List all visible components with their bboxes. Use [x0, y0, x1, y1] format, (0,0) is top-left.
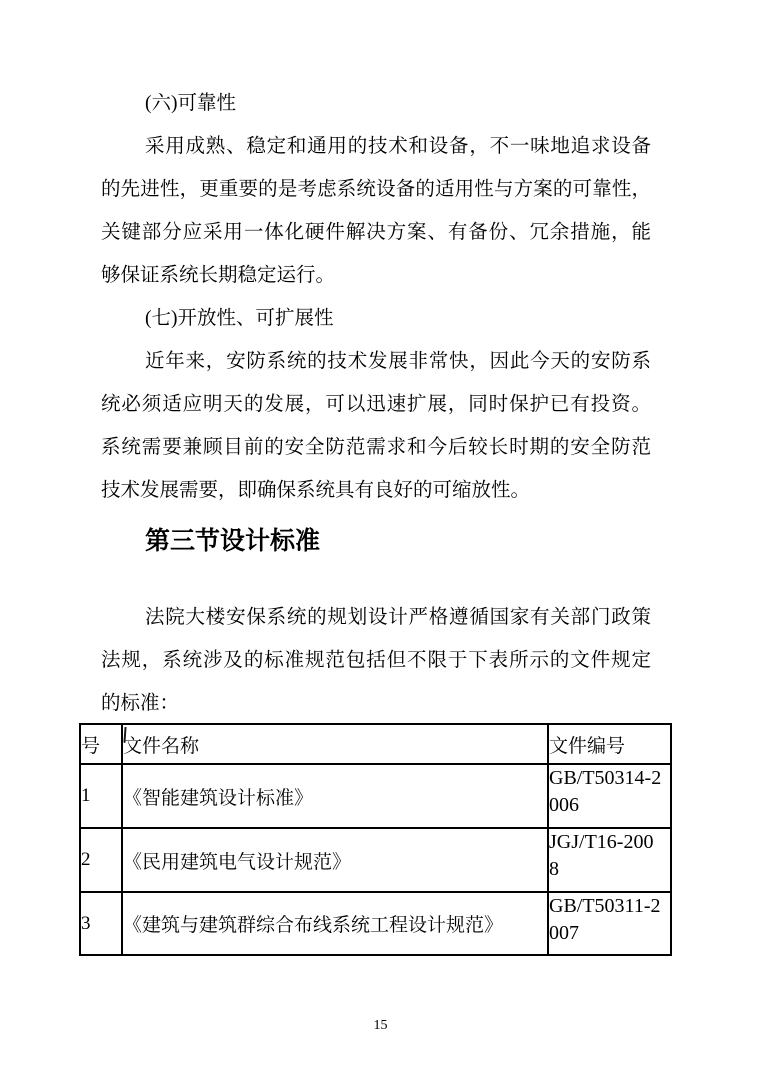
column-header-no: 号 — [80, 724, 122, 764]
paragraph: 近年来，安防系统的技术发展非常快，因此今天的安防系统必须适应明天的发展，可以迅速… — [101, 340, 651, 512]
standard-code-text: GB/T50314-2006 — [549, 765, 662, 819]
paragraph-line: 的标准： — [101, 682, 651, 725]
paragraph-line: 统必须适应明天的发展，可以迅速扩展，同时保护已有投资。 — [101, 383, 651, 426]
standards-table-head: 号文件名称文件编号 — [80, 724, 671, 764]
clause-heading: (六)可靠性 — [101, 82, 651, 125]
page-number: 15 — [0, 1018, 761, 1034]
paragraph-line: 法院大楼安保系统的规划设计严格遵循国家有关部门政策 — [101, 596, 651, 639]
table-row: 2《民用建筑电气设计规范》JGJ/T16-2008 — [80, 828, 671, 892]
standards-table-body: 1《智能建筑设计标准》GB/T50314-20062《民用建筑电气设计规范》JG… — [80, 764, 671, 955]
standard-code-cell: GB/T50314-2006 — [548, 764, 671, 828]
standard-name-cell: 《建筑与建筑群综合布线系统工程设计规范》 — [122, 892, 548, 955]
document-page: (六)可靠性采用成熟、稳定和通用的技术和设备，不一味地追求设备的先进性，更重要的… — [0, 0, 761, 1077]
clause-heading: (七)开放性、可扩展性 — [101, 297, 651, 340]
row-number-cell: 2 — [80, 828, 122, 892]
paragraph-line: 法规，系统涉及的标准规范包括但不限于下表所示的文件规定 — [101, 639, 651, 682]
table-row: 3《建筑与建筑群综合布线系统工程设计规范》GB/T50311-2007 — [80, 892, 671, 955]
paragraph-line: 够保证系统长期稳定运行。 — [101, 254, 651, 297]
paragraph: 法院大楼安保系统的规划设计严格遵循国家有关部门政策法规，系统涉及的标准规范包括但… — [101, 596, 651, 725]
standards-table: 号文件名称文件编号 1《智能建筑设计标准》GB/T50314-20062《民用建… — [79, 723, 672, 956]
paragraph-line: 采用成熟、稳定和通用的技术和设备，不一味地追求设备 — [101, 125, 651, 168]
paragraph-line: 系统需要兼顾目前的安全防范需求和今后较长时期的安全防范 — [101, 426, 651, 469]
document-blocks: (六)可靠性采用成熟、稳定和通用的技术和设备，不一味地追求设备的先进性，更重要的… — [101, 82, 651, 725]
standard-name-cell: 《民用建筑电气设计规范》 — [122, 828, 548, 892]
table-row: 1《智能建筑设计标准》GB/T50314-2006 — [80, 764, 671, 828]
paragraph-line: 关键部分应采用一体化硬件解决方案、有备份、冗余措施，能 — [101, 211, 651, 254]
standards-table-head-row: 号文件名称文件编号 — [80, 724, 671, 764]
standard-name-cell: 《智能建筑设计标准》 — [122, 764, 548, 828]
standard-code-text: GB/T50311-2007 — [549, 893, 662, 947]
paragraph-line: 的先进性，更重要的是考虑系统设备的适用性与方案的可靠性， — [101, 168, 651, 211]
paragraph-line: 近年来，安防系统的技术发展非常快，因此今天的安防系 — [101, 340, 651, 383]
row-number-cell: 3 — [80, 892, 122, 955]
paragraph: 采用成熟、稳定和通用的技术和设备，不一味地追求设备的先进性，更重要的是考虑系统设… — [101, 125, 651, 297]
section-heading: 第三节设计标准 — [101, 522, 651, 562]
standard-code-cell: GB/T50311-2007 — [548, 892, 671, 955]
standard-code-cell: JGJ/T16-2008 — [548, 828, 671, 892]
row-number-cell: 1 — [80, 764, 122, 828]
paragraph-line: 技术发展需要，即确保系统具有良好的可缩放性。 — [101, 469, 651, 512]
document-content: (六)可靠性采用成熟、稳定和通用的技术和设备，不一味地追求设备的先进性，更重要的… — [101, 82, 651, 956]
standard-code-text: JGJ/T16-2008 — [549, 829, 662, 883]
column-header-name: 文件名称 — [122, 724, 548, 764]
column-header-code: 文件编号 — [548, 724, 671, 764]
